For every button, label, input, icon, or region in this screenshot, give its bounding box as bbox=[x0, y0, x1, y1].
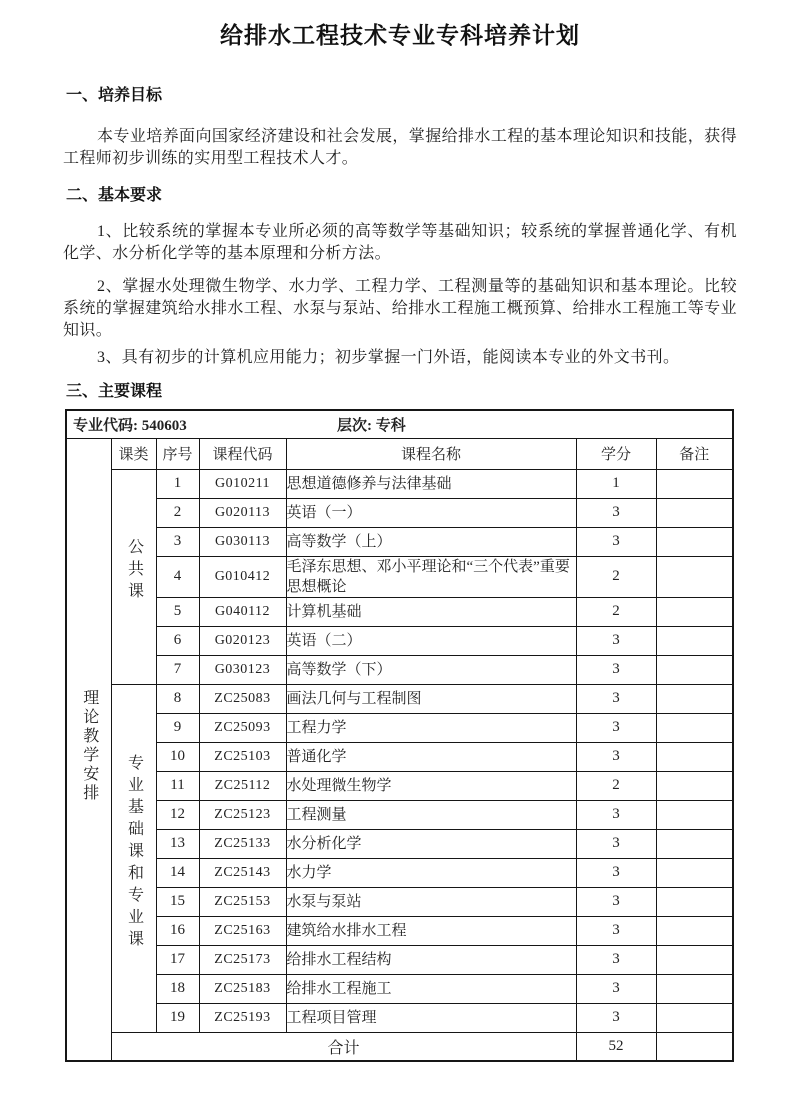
course-row: 16ZC25163建筑给水排水工程3 bbox=[66, 916, 733, 945]
course-row: 5G040112计算机基础2 bbox=[66, 597, 733, 626]
credit-cell: 2 bbox=[576, 556, 656, 597]
total-credits-cell: 52 bbox=[576, 1032, 656, 1061]
code-cell: ZC25123 bbox=[199, 800, 286, 829]
seq-cell: 11 bbox=[156, 771, 199, 800]
code-cell: ZC25093 bbox=[199, 713, 286, 742]
name-cell: 高等数学（上） bbox=[286, 527, 576, 556]
code-cell: G020113 bbox=[199, 498, 286, 527]
column-header-category: 课类 bbox=[111, 438, 156, 469]
code-cell: ZC25163 bbox=[199, 916, 286, 945]
code-cell: ZC25112 bbox=[199, 771, 286, 800]
course-row: 3G030113高等数学（上）3 bbox=[66, 527, 733, 556]
level-label: 层次: bbox=[337, 418, 372, 434]
course-row: 2G020113英语（一）3 bbox=[66, 498, 733, 527]
seq-cell: 6 bbox=[156, 626, 199, 655]
total-row: 合计 52 bbox=[66, 1032, 733, 1061]
table-header-row: 理论教学安排 课类 序号 课程代码 课程名称 学分 备注 bbox=[66, 438, 733, 469]
name-cell: 工程项目管理 bbox=[286, 1003, 576, 1032]
course-row: 7G030123高等数学（下）3 bbox=[66, 655, 733, 684]
remark-cell bbox=[656, 742, 733, 771]
course-row: 15ZC25153水泵与泵站3 bbox=[66, 887, 733, 916]
column-header-code: 课程代码 bbox=[199, 438, 286, 469]
credit-cell: 3 bbox=[576, 887, 656, 916]
document-page: 给排水工程技术专业专科培养计划 一、培养目标 本专业培养面向国家经济建设和社会发… bbox=[0, 0, 800, 1097]
name-cell: 给排水工程施工 bbox=[286, 974, 576, 1003]
remark-cell bbox=[656, 655, 733, 684]
seq-cell: 9 bbox=[156, 713, 199, 742]
remark-cell bbox=[656, 974, 733, 1003]
column-header-remark: 备注 bbox=[656, 438, 733, 469]
name-cell: 水泵与泵站 bbox=[286, 887, 576, 916]
code-cell: G010412 bbox=[199, 556, 286, 597]
code-cell: ZC25103 bbox=[199, 742, 286, 771]
seq-cell: 4 bbox=[156, 556, 199, 597]
credit-cell: 3 bbox=[576, 527, 656, 556]
course-group-cell: 专业基础课和专业课 bbox=[111, 684, 156, 1032]
credit-cell: 3 bbox=[576, 626, 656, 655]
name-cell: 水力学 bbox=[286, 858, 576, 887]
paragraph-requirement-3: 3、具有初步的计算机应用能力；初步掌握一门外语，能阅读本专业的外文书刊。 bbox=[63, 347, 737, 369]
side-label-text: 理论教学安排 bbox=[81, 689, 97, 803]
credit-cell: 3 bbox=[576, 945, 656, 974]
remark-cell bbox=[656, 713, 733, 742]
course-row: 11ZC25112水处理微生物学2 bbox=[66, 771, 733, 800]
course-row: 专业基础课和专业课8ZC25083画法几何与工程制图3 bbox=[66, 684, 733, 713]
code-cell: G030113 bbox=[199, 527, 286, 556]
name-cell: 水处理微生物学 bbox=[286, 771, 576, 800]
paragraph-goals: 本专业培养面向国家经济建设和社会发展，掌握给排水工程的基本理论知识和技能，获得工… bbox=[63, 126, 737, 170]
total-label-cell: 合计 bbox=[111, 1032, 576, 1061]
name-cell: 英语（二） bbox=[286, 626, 576, 655]
column-header-credit: 学分 bbox=[576, 438, 656, 469]
remark-cell bbox=[656, 469, 733, 498]
code-cell: ZC25183 bbox=[199, 974, 286, 1003]
remark-cell bbox=[656, 887, 733, 916]
remark-cell bbox=[656, 597, 733, 626]
course-row: 12ZC25123工程测量3 bbox=[66, 800, 733, 829]
remark-cell bbox=[656, 771, 733, 800]
credit-cell: 3 bbox=[576, 829, 656, 858]
name-cell: 工程力学 bbox=[286, 713, 576, 742]
name-cell: 思想道德修养与法律基础 bbox=[286, 469, 576, 498]
course-row: 6G020123英语（二）3 bbox=[66, 626, 733, 655]
seq-cell: 10 bbox=[156, 742, 199, 771]
course-group-label: 专业基础课和专业课 bbox=[126, 754, 142, 952]
section-heading-courses: 三、主要课程 bbox=[66, 382, 737, 402]
credit-cell: 1 bbox=[576, 469, 656, 498]
remark-cell bbox=[656, 916, 733, 945]
code-cell: ZC25133 bbox=[199, 829, 286, 858]
name-cell: 英语（一） bbox=[286, 498, 576, 527]
remark-cell bbox=[656, 829, 733, 858]
credit-cell: 3 bbox=[576, 1003, 656, 1032]
seq-cell: 2 bbox=[156, 498, 199, 527]
total-remark-cell bbox=[656, 1032, 733, 1061]
remark-cell bbox=[656, 945, 733, 974]
name-cell: 建筑给水排水工程 bbox=[286, 916, 576, 945]
code-cell: ZC25193 bbox=[199, 1003, 286, 1032]
side-label-cell: 理论教学安排 bbox=[66, 438, 111, 1061]
credit-cell: 3 bbox=[576, 684, 656, 713]
major-code-value: 540603 bbox=[142, 418, 187, 434]
name-cell: 水分析化学 bbox=[286, 829, 576, 858]
course-group-cell: 公共课 bbox=[111, 469, 156, 684]
name-cell: 工程测量 bbox=[286, 800, 576, 829]
course-row: 10ZC25103普通化学3 bbox=[66, 742, 733, 771]
name-cell: 画法几何与工程制图 bbox=[286, 684, 576, 713]
course-row: 9ZC25093工程力学3 bbox=[66, 713, 733, 742]
course-row: 14ZC25143水力学3 bbox=[66, 858, 733, 887]
code-cell: G020123 bbox=[199, 626, 286, 655]
document-body: 一、培养目标 本专业培养面向国家经济建设和社会发展，掌握给排水工程的基本理论知识… bbox=[0, 86, 800, 1062]
credit-cell: 2 bbox=[576, 597, 656, 626]
seq-cell: 7 bbox=[156, 655, 199, 684]
remark-cell bbox=[656, 626, 733, 655]
remark-cell bbox=[656, 858, 733, 887]
table-meta-cell: 专业代码: 540603 层次: 专科 bbox=[66, 410, 733, 438]
course-row: 17ZC25173给排水工程结构3 bbox=[66, 945, 733, 974]
remark-cell bbox=[656, 498, 733, 527]
course-group-label: 公共课 bbox=[126, 538, 142, 604]
code-cell: G030123 bbox=[199, 655, 286, 684]
seq-cell: 13 bbox=[156, 829, 199, 858]
column-header-seq: 序号 bbox=[156, 438, 199, 469]
seq-cell: 1 bbox=[156, 469, 199, 498]
seq-cell: 12 bbox=[156, 800, 199, 829]
name-cell: 高等数学（下） bbox=[286, 655, 576, 684]
code-cell: ZC25153 bbox=[199, 887, 286, 916]
name-cell: 给排水工程结构 bbox=[286, 945, 576, 974]
seq-cell: 16 bbox=[156, 916, 199, 945]
code-cell: G010211 bbox=[199, 469, 286, 498]
paragraph-requirement-2: 2、掌握水处理微生物学、水力学、工程力学、工程测量等的基础知识和基本理论。比较系… bbox=[63, 276, 737, 342]
credit-cell: 3 bbox=[576, 742, 656, 771]
credit-cell: 3 bbox=[576, 858, 656, 887]
credit-cell: 2 bbox=[576, 771, 656, 800]
seq-cell: 8 bbox=[156, 684, 199, 713]
courses-table: 专业代码: 540603 层次: 专科 理论教学安排 课类 序号 课程代码 bbox=[65, 409, 734, 1062]
section-heading-goals: 一、培养目标 bbox=[66, 86, 737, 106]
course-row: 公共课1G010211思想道德修养与法律基础1 bbox=[66, 469, 733, 498]
credit-cell: 3 bbox=[576, 916, 656, 945]
name-cell: 毛泽东思想、邓小平理论和“三个代表”重要思想概论 bbox=[286, 556, 576, 597]
courses-tbody: 专业代码: 540603 层次: 专科 理论教学安排 课类 序号 课程代码 bbox=[66, 410, 733, 1061]
code-cell: ZC25173 bbox=[199, 945, 286, 974]
section-heading-requirements: 二、基本要求 bbox=[66, 186, 737, 206]
seq-cell: 17 bbox=[156, 945, 199, 974]
seq-cell: 3 bbox=[156, 527, 199, 556]
remark-cell bbox=[656, 527, 733, 556]
major-code-label: 专业代码: bbox=[73, 418, 138, 434]
code-cell: ZC25083 bbox=[199, 684, 286, 713]
name-cell: 计算机基础 bbox=[286, 597, 576, 626]
code-cell: G040112 bbox=[199, 597, 286, 626]
seq-cell: 14 bbox=[156, 858, 199, 887]
code-cell: ZC25143 bbox=[199, 858, 286, 887]
seq-cell: 5 bbox=[156, 597, 199, 626]
seq-cell: 19 bbox=[156, 1003, 199, 1032]
seq-cell: 18 bbox=[156, 974, 199, 1003]
paragraph-requirement-1: 1、比较系统的掌握本专业所必须的高等数学等基础知识；较系统的掌握普通化学、有机化… bbox=[63, 221, 737, 265]
name-cell: 普通化学 bbox=[286, 742, 576, 771]
course-row: 18ZC25183给排水工程施工3 bbox=[66, 974, 733, 1003]
course-row: 19ZC25193工程项目管理3 bbox=[66, 1003, 733, 1032]
remark-cell bbox=[656, 556, 733, 597]
remark-cell bbox=[656, 800, 733, 829]
credit-cell: 3 bbox=[576, 713, 656, 742]
credit-cell: 3 bbox=[576, 498, 656, 527]
credit-cell: 3 bbox=[576, 800, 656, 829]
level-value: 专科 bbox=[376, 418, 406, 434]
remark-cell bbox=[656, 1003, 733, 1032]
table-meta-row: 专业代码: 540603 层次: 专科 bbox=[66, 410, 733, 438]
seq-cell: 15 bbox=[156, 887, 199, 916]
course-row: 13ZC25133水分析化学3 bbox=[66, 829, 733, 858]
document-title: 给排水工程技术专业专科培养计划 bbox=[0, 0, 800, 50]
credit-cell: 3 bbox=[576, 655, 656, 684]
remark-cell bbox=[656, 684, 733, 713]
course-row: 4G010412毛泽东思想、邓小平理论和“三个代表”重要思想概论2 bbox=[66, 556, 733, 597]
credit-cell: 3 bbox=[576, 974, 656, 1003]
column-header-name: 课程名称 bbox=[286, 438, 576, 469]
